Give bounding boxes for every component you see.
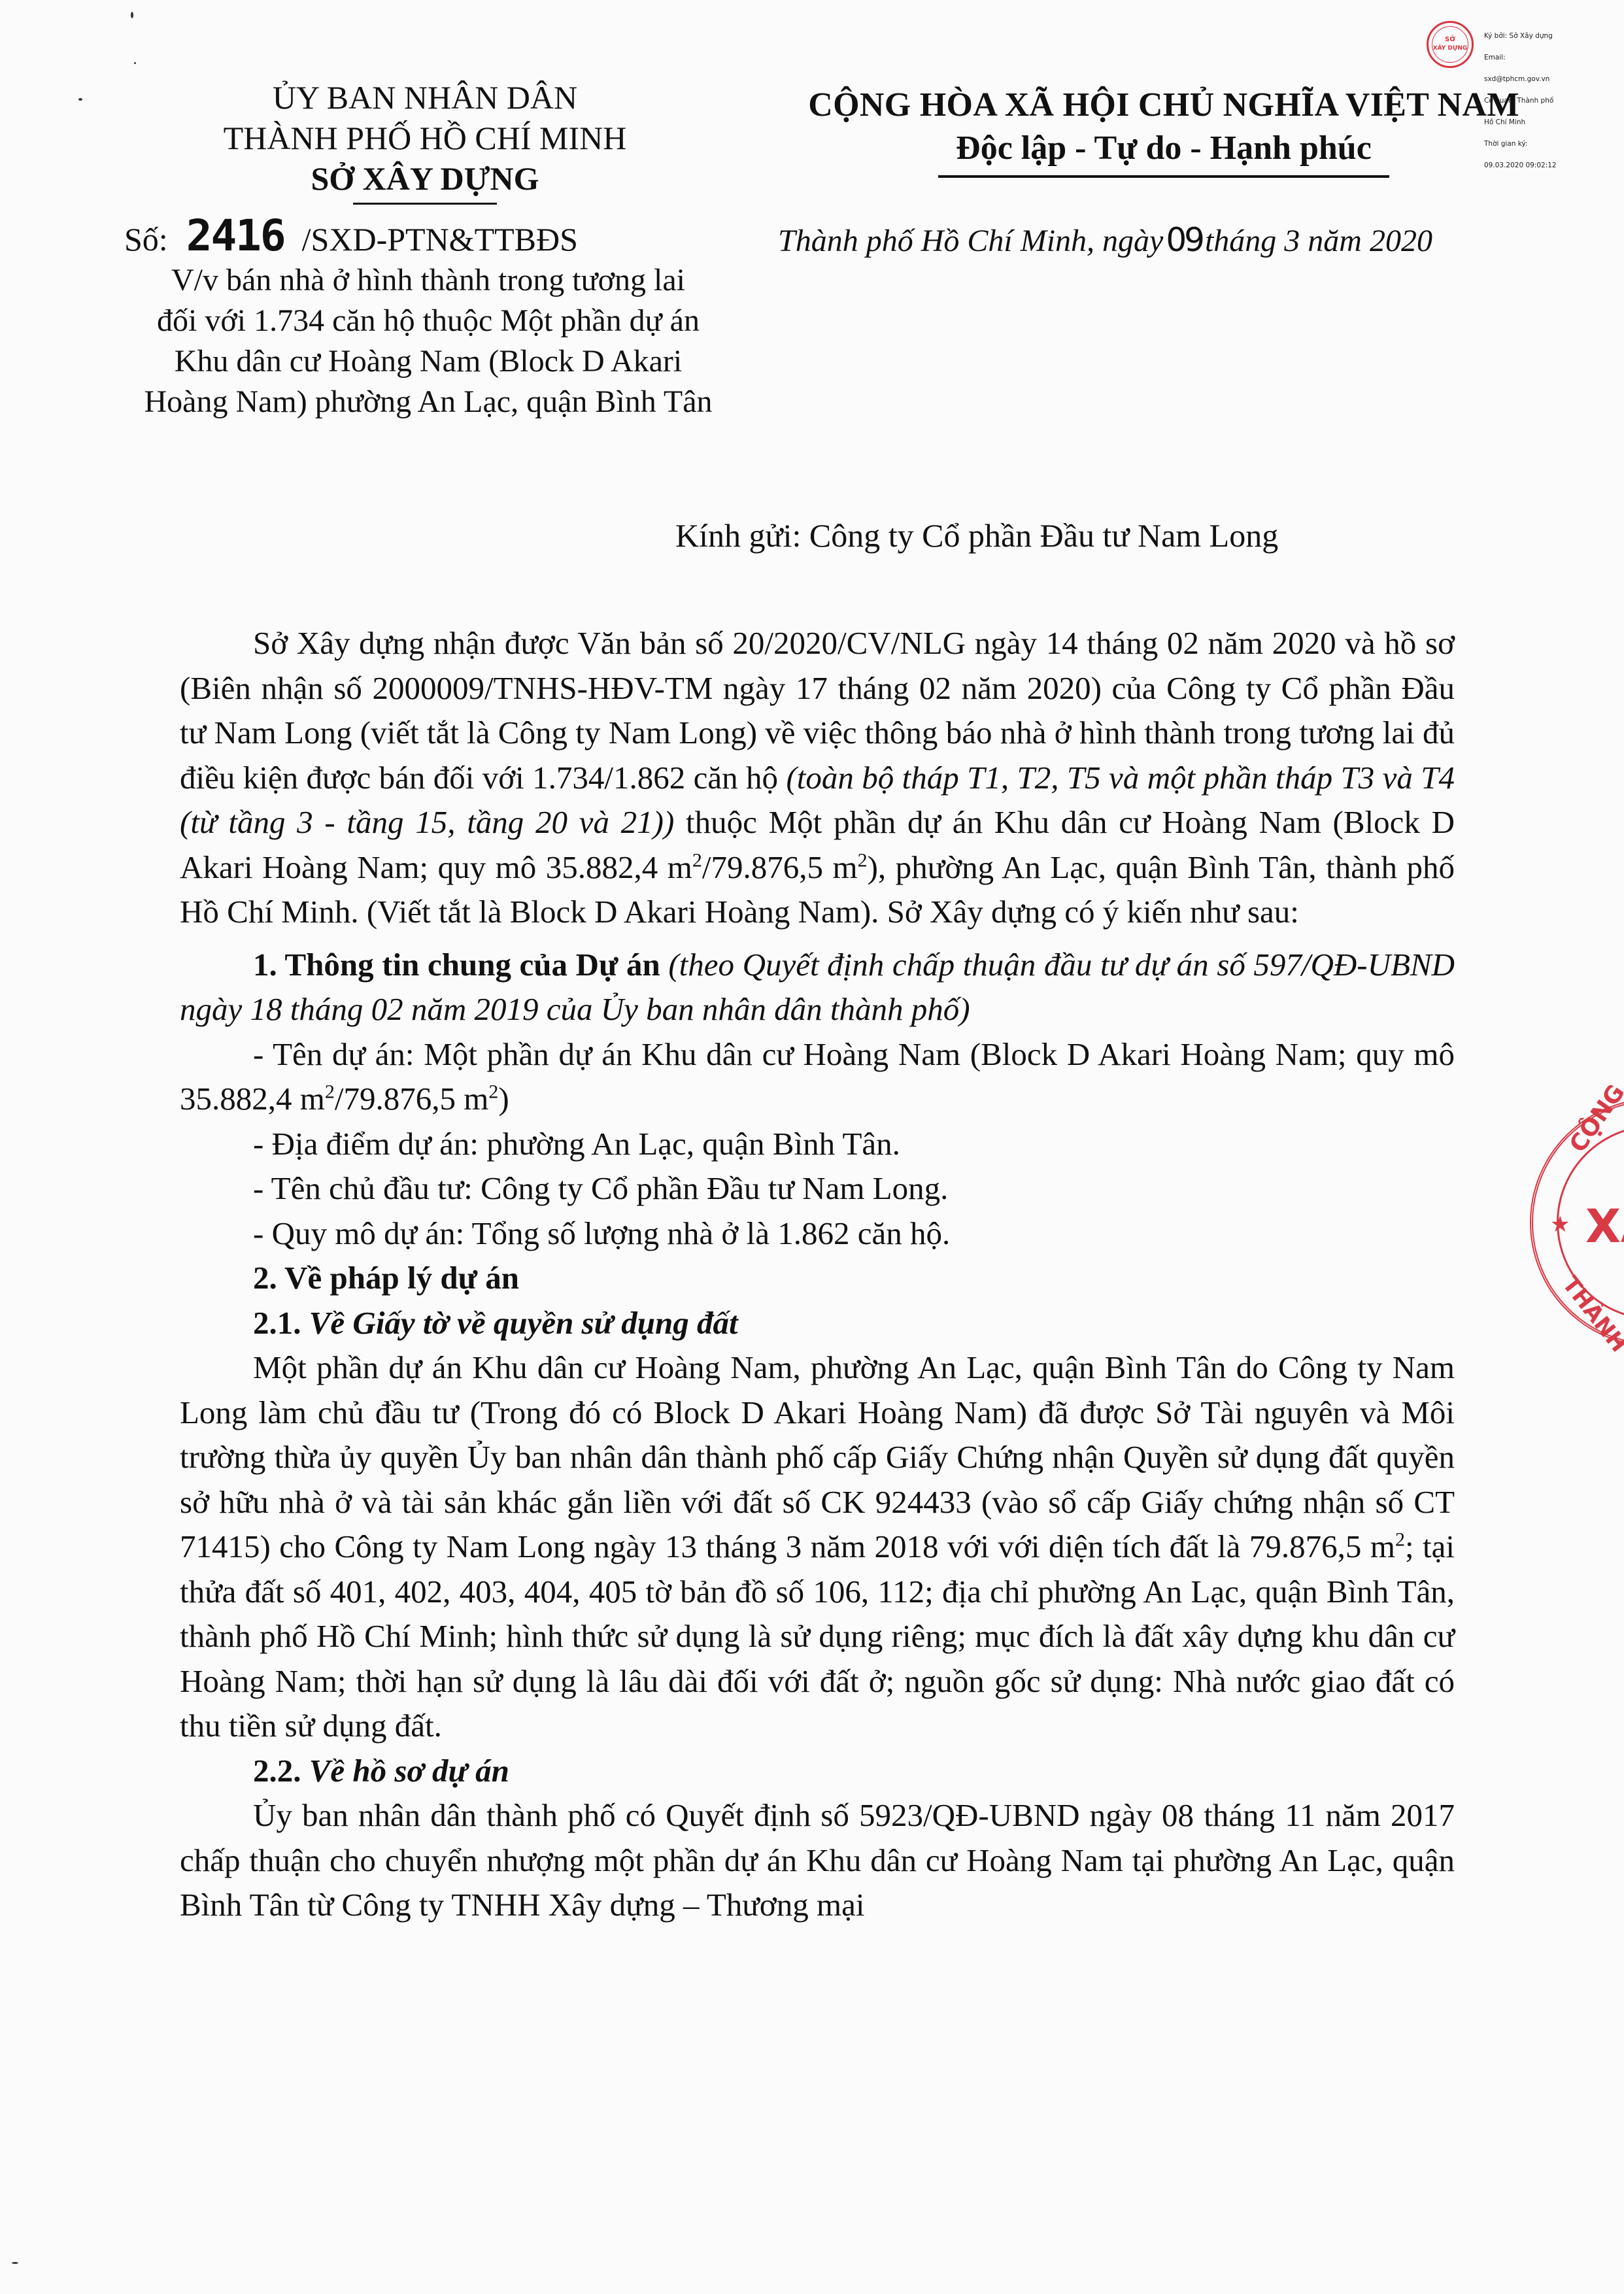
project-investor-item: - Tên chủ đầu tư: Công ty Cổ phần Đầu tư… [180, 1166, 1455, 1211]
section-2-2-title: Về hồ sơ dự án [301, 1753, 509, 1789]
section-2-2-paragraph: Ủy ban nhân dân thành phố có Quyết định … [180, 1793, 1455, 1928]
section-2-1-heading: 2.1. Về Giấy tờ về quyền sử dụng đất [180, 1301, 1455, 1346]
superscript: 2 [1395, 1529, 1405, 1551]
subject-line: Khu dân cư Hoàng Nam (Block D Akari [98, 341, 758, 382]
date-suffix: tháng 3 năm 2020 [1205, 224, 1432, 258]
star-icon: ★ [1550, 1211, 1570, 1238]
document-number-value: 2416 [186, 211, 285, 261]
project-name-item: - Tên dự án: Một phần dự án Khu dân cư H… [180, 1032, 1455, 1122]
document-subject: V/v bán nhà ở hình thành trong tương lai… [98, 260, 758, 422]
red-seal-icon: CỘNG HÒA ★ XÂ THÀNH [1530, 1098, 1624, 1347]
document-number-label: Số: [124, 221, 168, 258]
document-number: Số:2416/SXD-PTN&TTBĐS [124, 211, 578, 261]
header-divider [353, 203, 497, 205]
section-number: 2.2. [253, 1753, 301, 1789]
date-line: Thành phố Hồ Chí Minh, ngày09tháng 3 năm… [778, 221, 1432, 259]
subject-line: đối với 1.734 căn hộ thuộc Một phần dự á… [98, 301, 758, 341]
scan-artifact [134, 62, 136, 64]
superscript: 2 [858, 849, 868, 871]
national-motto: Độc lập - Tự do - Hạnh phúc [771, 127, 1556, 170]
scan-artifact [131, 12, 133, 18]
national-title: CỘNG HÒA XÃ HỘI CHỦ NGHĨA VIỆT NAM [771, 84, 1556, 127]
issuer-department: SỞ XÂY DỰNG [98, 158, 752, 199]
seal-stamp-icon: SỞ XÂY DỰNG [1427, 21, 1474, 68]
item-text: /79.876,5 m [335, 1081, 488, 1117]
seal-text-top: SỞ [1429, 36, 1472, 43]
section-2-2-heading: 2.2. Về hồ sơ dự án [180, 1749, 1455, 1794]
issuer-line-2: THÀNH PHỐ HỒ CHÍ MINH [98, 118, 752, 158]
seal-text-bottom: XÂY DỰNG [1429, 45, 1472, 52]
project-location-item: - Địa điểm dự án: phường An Lạc, quận Bì… [180, 1122, 1455, 1167]
project-scale-item: - Quy mô dự án: Tổng số lượng nhà ở là 1… [180, 1211, 1455, 1257]
date-prefix: Thành phố Hồ Chí Minh, ngày [778, 224, 1163, 258]
motto-divider [938, 175, 1389, 178]
issuer-header: ỦY BAN NHÂN DÂN THÀNH PHỐ HỒ CHÍ MINH SỞ… [98, 77, 752, 205]
digital-signature: SỞ XÂY DỰNG Ký bởi: Sở Xây dựng Email: s… [1427, 17, 1623, 82]
subject-line: Hoàng Nam) phường An Lạc, quận Bình Tân [98, 382, 758, 422]
section-number: 2.1. [253, 1305, 301, 1341]
section-1-heading: 1. Thông tin chung của Dự án (theo Quyết… [180, 943, 1455, 1032]
section-2-1-paragraph: Một phần dự án Khu dân cư Hoàng Nam, phư… [180, 1345, 1455, 1749]
superscript: 2 [325, 1081, 335, 1103]
date-day: 09 [1166, 221, 1202, 259]
document-number-suffix: /SXD-PTN&TTBĐS [302, 221, 578, 258]
section-2-heading: 2. Về pháp lý dự án [180, 1256, 1455, 1301]
superscript: 2 [692, 849, 702, 871]
margin-stamp-fragment: CỘNG HÒA ★ XÂ THÀNH [1523, 1085, 1624, 1366]
intro-text: /79.876,5 m [702, 849, 858, 885]
signature-line: Email: [1484, 54, 1557, 61]
paragraph-text: Một phần dự án Khu dân cư Hoàng Nam, phư… [180, 1349, 1455, 1564]
national-header: CỘNG HÒA XÃ HỘI CHỦ NGHĨA VIỆT NAM Độc l… [771, 84, 1556, 178]
seal-center-text: XÂ [1585, 1200, 1624, 1253]
section-2-1-title: Về Giấy tờ về quyền sử dụng đất [301, 1305, 738, 1341]
salutation: Kính gửi: Công ty Cổ phần Đầu tư Nam Lon… [675, 516, 1278, 554]
superscript: 2 [488, 1081, 498, 1103]
issuer-line-1: ỦY BAN NHÂN DÂN [98, 77, 752, 118]
section-2-title: 2. Về pháp lý dự án [253, 1260, 519, 1296]
scan-artifact [12, 2262, 18, 2264]
item-text: ) [498, 1081, 509, 1117]
scan-artifact [78, 98, 82, 101]
subject-line: V/v bán nhà ở hình thành trong tương lai [98, 260, 758, 301]
intro-paragraph: Sở Xây dựng nhận được Văn bản số 20/2020… [180, 621, 1455, 935]
section-1-title: 1. Thông tin chung của Dự án [253, 947, 660, 983]
signature-email: sxd@tphcm.gov.vn [1484, 76, 1557, 83]
signature-line: Ký bởi: Sở Xây dựng [1484, 33, 1557, 40]
letter-body: Sở Xây dựng nhận được Văn bản số 20/2020… [180, 621, 1455, 1928]
